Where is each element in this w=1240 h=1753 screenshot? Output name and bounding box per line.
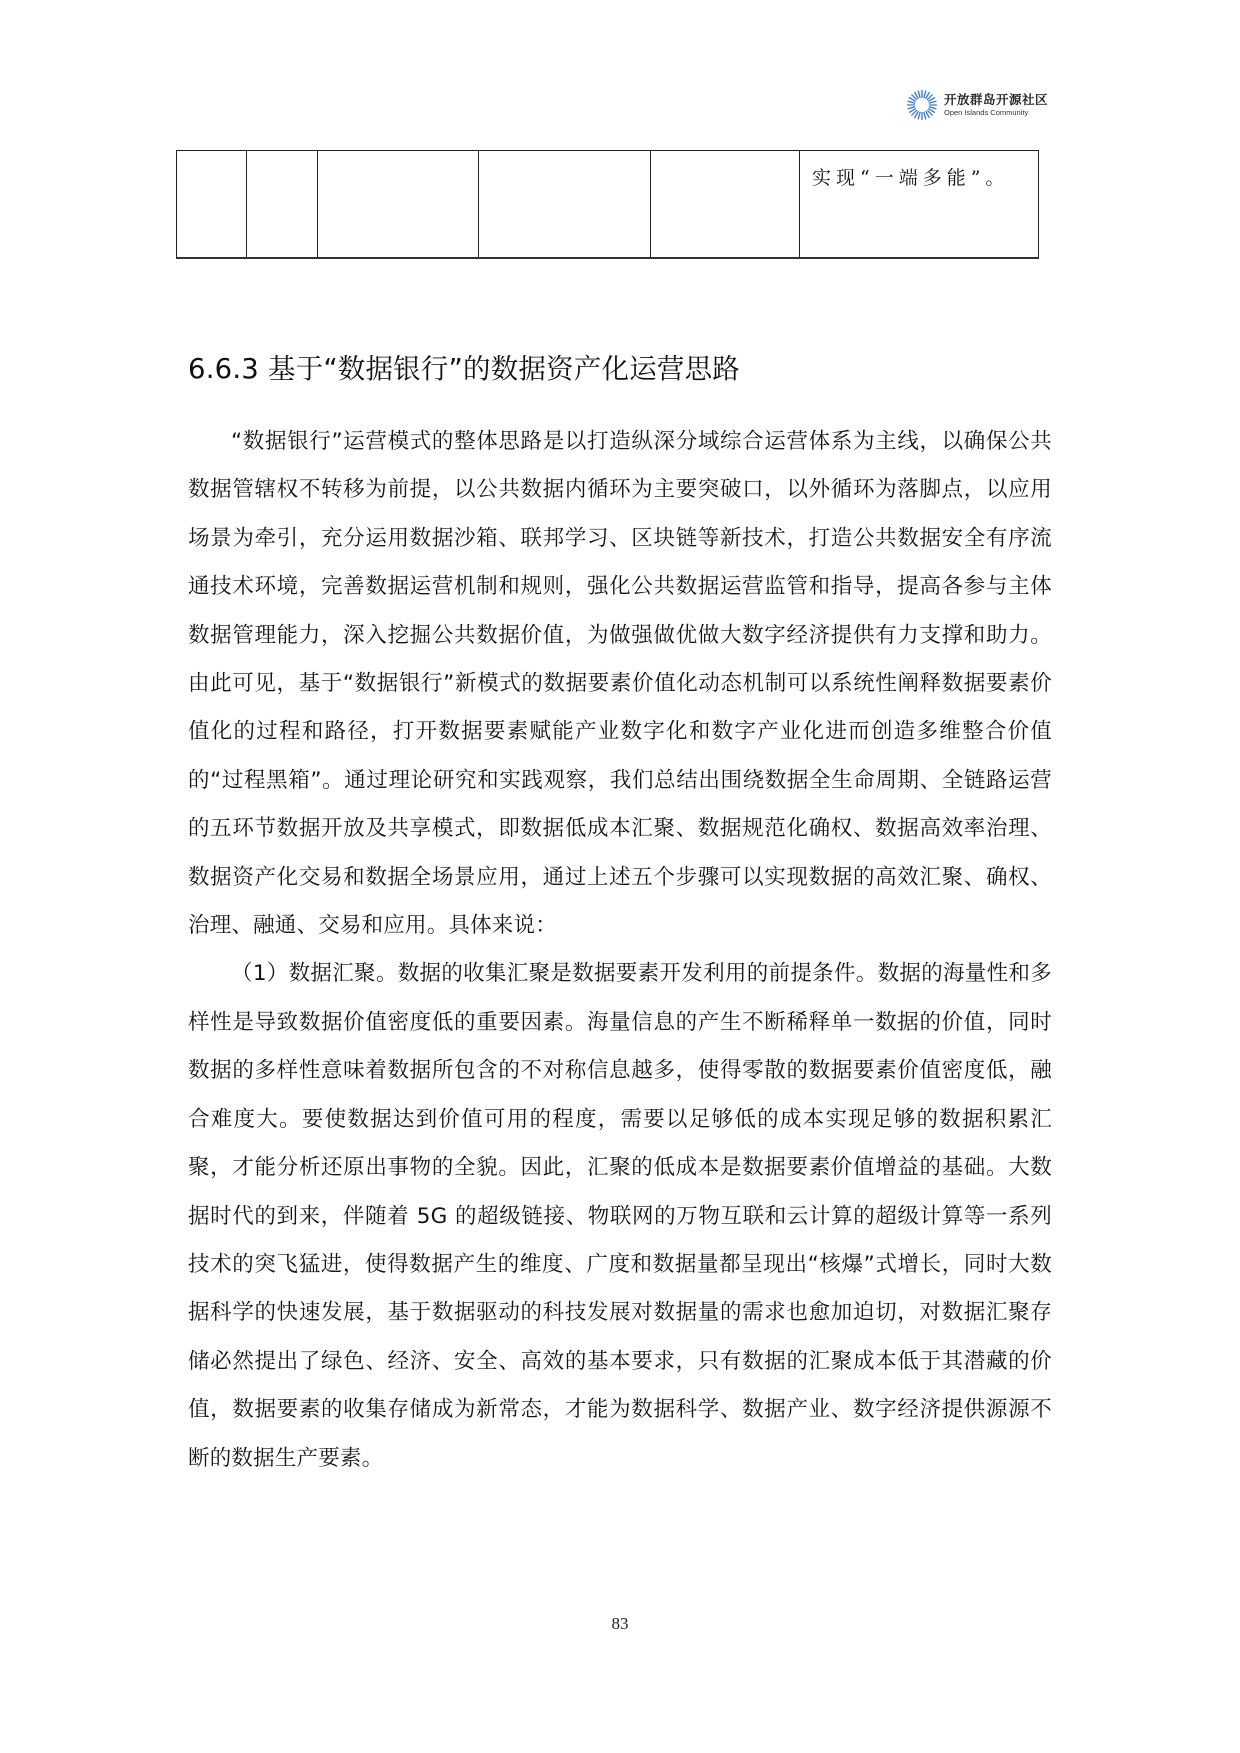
paragraph: （1）数据汇聚。数据的收集汇聚是数据要素开发利用的前提条件。数据的海量性和多样性…: [188, 950, 1052, 1482]
logo-name-en: Open Islands Community: [944, 109, 1048, 117]
section-body: “数据银行”运营模式的整体思路是以打造纵深分域综合运营体系为主线，以确保公共数据…: [188, 418, 1052, 1483]
paragraph: “数据银行”运营模式的整体思路是以打造纵深分域综合运营体系为主线，以确保公共数据…: [188, 418, 1052, 950]
table-cell: [247, 151, 318, 258]
section-heading: 6.6.3 基于“数据银行”的数据资产化运营思路: [188, 346, 740, 386]
table-row: 实现“一端多能”。: [177, 151, 1039, 258]
table-cell: [177, 151, 247, 258]
sunburst-logo-icon: [905, 88, 939, 122]
continued-table: 实现“一端多能”。: [176, 150, 1039, 259]
table-cell: [651, 151, 800, 258]
page-number: 83: [0, 1614, 1240, 1634]
logo-name-cn: 开放群岛开源社区: [944, 94, 1048, 107]
header-logo: 开放群岛开源社区 Open Islands Community: [905, 88, 1048, 122]
table-cell: 实现“一端多能”。: [800, 151, 1039, 258]
table-cell: [318, 151, 479, 258]
table-cell: [479, 151, 651, 258]
table-cell-text: 实现“一端多能”。: [800, 151, 1038, 190]
